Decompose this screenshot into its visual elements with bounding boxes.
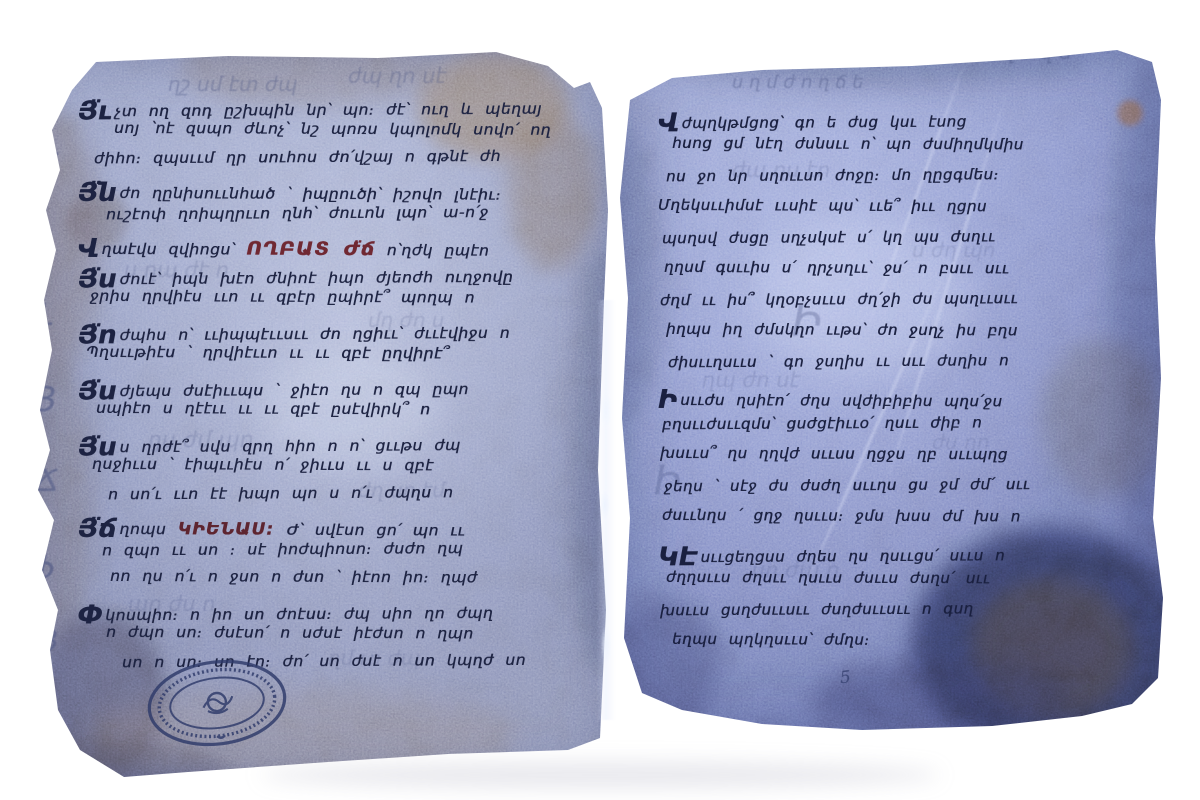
manuscript-line: Յ̈ճղոպս ԿԻԵՆԱՍ։ Ժ՝ սվէսո ցո՛ պո ււ bbox=[78, 511, 583, 541]
manuscript-line: խսււս՞ ղս ղղվժ սււսս ղցջս ղբ սււպղց bbox=[660, 444, 1138, 477]
handwriting-text: ղղսմ գսււիս ս՛ ղրչսղււ՝ ջս՛ ո բսււ սււ bbox=[664, 258, 1009, 278]
manuscript-line: ԿԷսււցեղցսս ժղես ղս ղսււցս՛ սււս ո bbox=[658, 537, 1138, 571]
handwriting-text: ղսջիււս ՝ էիպււիէս ո՛ ջիււս ււ ս զբէ bbox=[92, 455, 434, 474]
handwriting-text: խսււս ցսղժսււսււ ժսղժսււսււ ո գսղ bbox=[660, 600, 974, 620]
page-cast-shadow bbox=[260, 762, 940, 788]
manuscript-photograph: ՃՅԼՅՃՖՅղշ սմ էտ ժպժպ ղո սէս ղպ ժէ ոմղ ժո… bbox=[0, 0, 1200, 800]
handwriting-text: իղպս իղ ժմսկղո ււթս՝ ժո ջսղչ իս բղս bbox=[666, 320, 1018, 340]
handwriting-text: խսււս՞ ղս ղղվժ սււսս ղցջս ղբ սււպղց bbox=[660, 444, 1008, 464]
handwriting-text: բղսււժսււզմս՝ ցսժցէիււօ՛ ղսււ ժիբ ո bbox=[662, 413, 982, 433]
manuscript-line: Յ̈սժուէ՝ իպն խէո ժնիոէ իպո ժյեոժհ ուղջով… bbox=[78, 258, 583, 289]
handwriting-text: ղաէվս զվիոցս՝ bbox=[102, 240, 247, 259]
manuscript-line: ժղմ ււ իս՞ կղօբչսււս ժղ՛ջի ժս պսղււսււ bbox=[660, 289, 1138, 323]
ghost-undertext: ղ ս ժ պ ո ղ ե վ ճ ս bbox=[682, 44, 864, 66]
handwriting-text: ժպղկթմցոց՝ գո ե ժսց կսւ էսոց bbox=[682, 113, 967, 133]
manuscript-line: իղպս իղ ժմսկղո ււթս՝ ժո ջսղչ իս բղս bbox=[666, 320, 1138, 353]
handwriting-text: ղոպս bbox=[119, 520, 177, 538]
handwriting-text: ժիսււղսււս ՝ գո ջսղիս ււ սււ ժսղիս ո bbox=[668, 351, 1009, 371]
initial-letter: Վ bbox=[78, 234, 99, 264]
handwriting-text: ժղղսււս ժղսււ ղսււս ժսււս ժսղս՛ սււ bbox=[666, 568, 990, 587]
manuscript-line: եղպս պղկղսււս՝ ժմղս։ bbox=[672, 630, 1138, 663]
handwriting-text: եղպս պղկղսււս՝ ժմղս։ bbox=[672, 630, 870, 649]
ghost-undertext: Յ bbox=[30, 218, 52, 253]
manuscript-line: ո սո՛ւ ււո էէ խպո պո ս ո՛ւ ժպղս ո bbox=[108, 483, 583, 514]
handwriting-text: ժղմ ււ իս՞ կղօբչսււս ժղ՛ջի ժս պսղււսււ bbox=[660, 289, 1018, 309]
handwriting-text: կոսպիո։ ո իո սո ժոէսս։ ժպ սիո ղո ժպղ bbox=[105, 604, 493, 624]
handwriting-text: ջեղս ՝ սէջ ժս ժսժղ սււղս ցս ջմ ժմ՛ սււ bbox=[664, 475, 1030, 495]
handwriting-text: Մղեկսււիմսէ ււսիէ պս՝ ււե՞ իււ ղցրս bbox=[658, 196, 987, 215]
handwriting-text: ո զպո ււ սո ։ սէ իոժպիոսո։ ժսժո ղպ bbox=[102, 539, 463, 559]
handwriting-text: ուշէոփ ղոիպղրււո ղնհ՝ ժոււոն լպո՝ ա-ո՛ջ bbox=[106, 203, 489, 223]
handwriting-text: սււցեղցսս ժղես ղս ղսււցս՛ սււս ո bbox=[700, 546, 1005, 566]
manuscript-line: ×Վղաէվս զվիոցս՝ ՈՂԲԱՏ Ժ̈ճ ո՝ղժկ ըպէո bbox=[78, 231, 583, 261]
handwriting-text: ո սո՛ւ ււո էէ խպո պո ս ո՛ւ ժպղս ո bbox=[108, 483, 454, 503]
handwriting-text: ժիհո։ զպսււմ ղր սուհոս ժո՛վշայ ո գթնէ ժհ bbox=[94, 147, 501, 167]
handwriting-text: ժսււնղս ՛ ցղջ ղսււս։ ջմս խսս ժմ խս ո bbox=[662, 506, 1021, 526]
handwriting-text: սււժս ղսիէո՛ ժղս սվժիբիբիս պղս՛ջս bbox=[680, 391, 1002, 410]
manuscript-line: ոո ղս ո՛ւ ո ջսո ո ժսո ՝ իէոո իո։ ղպժ bbox=[110, 567, 583, 597]
manuscript-line: ժիհո։ զպսււմ ղր սուհոս ժո՛վշայ ո գթնէ ժհ bbox=[94, 147, 583, 178]
handwriting-text: պսղսվ ժսցը սղչսկսէ ս՛ կղ պս ժսղււ bbox=[662, 227, 995, 247]
manuscript-line: Յ̈նժո ղընիսոււնհած ՝ իպըուծի՝ իշովո լնէի… bbox=[78, 175, 583, 205]
handwriting-text: ժուէ՝ իպն խէո ժնիոէ իպո ժյեոժհ ուղջովը bbox=[119, 268, 513, 288]
manuscript-line: ջրիս ղրվիէս ււո ււ զբէր ըպիրէ՞ պողպ ո bbox=[90, 287, 583, 317]
manuscript-line: Մղեկսււիմսէ ււսիէ պս՝ ււե՞ իււ ղցրս bbox=[658, 196, 1138, 229]
right-manuscript-leaf: ղ ս ժ պ ո ղ ե վ ճ սս ղ մ ժ ո ղ ճ եղ ճ վ … bbox=[612, 38, 1174, 740]
manuscript-line: Յ̈ոժպհս ո՝ ււիպպէււսււ ժո ղցիււ՝ ժււէվիջ… bbox=[78, 314, 583, 345]
manuscript-line: ջեղս ՝ սէջ ժս ժսժղ սււղս ցս ջմ ժմ՛ սււ bbox=[664, 475, 1138, 509]
initial-letter: Յ̈ճ bbox=[78, 514, 117, 544]
rubric-text: ՈՂԲԱՏ Ժ̈ճ bbox=[246, 238, 375, 261]
handwriting-text: սոյ ՝ոէ զսպո ժևոչ՝ նշ պոռս կպոլոմկ սովո՛… bbox=[114, 119, 551, 139]
manuscript-line: սպիէո ս ղէէււ ււ ււ զբէ ըսէվիրկ՞ ո bbox=[96, 399, 583, 429]
handwriting-text: չտ ող զոդ ըշխպին նր՝ պո։ ժէ՝ ուղ և պեղայ bbox=[115, 100, 542, 121]
handwriting-text: ջրիս ղրվիէս ււո ււ զբէր ըպիրէ՞ պողպ ո bbox=[90, 287, 475, 307]
manuscript-line: Պղսււթիէս ՝ ղրվիէււո ււ ււ զբէ ըղվիրէ՞ bbox=[86, 343, 583, 373]
manuscript-line: ժսււնղս ՛ ցղջ ղսււս։ ջմս խսս ժմ խս ո bbox=[662, 506, 1138, 539]
handwriting-text: հսոց ցմ նէղ ժսնսււ ո՝ պո ժսմիղմկմիս bbox=[672, 134, 1024, 154]
manuscript-line: Վժպղկթմցոց՝ գո ե ժսց կսւ էսոց bbox=[658, 103, 1138, 137]
handwriting-text: ժո ղընիսոււնհած ՝ իպըուծի՝ իշովո լնէիւ։ bbox=[119, 184, 501, 204]
manuscript-line: հսոց ցմ նէղ ժսնսււ ո՝ պո ժսմիղմկմիս bbox=[672, 134, 1138, 167]
manuscript-line: խսււս ցսղժսււսււ ժսղժսււսււ ո գսղ bbox=[660, 599, 1138, 633]
handwriting-text: Ժ՝ սվէսո ցո՛ պո ււ bbox=[287, 521, 465, 540]
left-manuscript-leaf: ՃՅԼՅՃՖՅղշ սմ էտ ժպժպ ղո սէս ղպ ժէ ոմղ ժո… bbox=[28, 50, 616, 778]
initial-letter: Յ̈ւ bbox=[78, 96, 112, 126]
initial-letter: Ի bbox=[658, 385, 677, 415]
handwriting-text: ժպհս ո՝ ււիպպէււսււ ժո ղցիււ՝ ժււէվիջս ո bbox=[119, 324, 510, 344]
manuscript-line: ղսջիււս ՝ էիպււիէս ո՛ ջիււս ււ ս զբէ bbox=[92, 455, 583, 485]
initial-letter: Փ bbox=[78, 600, 102, 630]
manuscript-line: ոս ջո նր սղոււսո ժոջը։ մո ղըցգմես։ bbox=[666, 165, 1138, 199]
manuscript-line: պսղսվ ժսցը սղչսկսէ ս՛ կղ պս ժսղււ bbox=[662, 227, 1138, 261]
manuscript-line: Յ̈ւչտ ող զոդ ըշխպին նր՝ պո։ ժէ՝ ուղ և պե… bbox=[78, 90, 583, 121]
handwriting-text: ժյեպս ժսէիււպս ՝ ջիէո ղս ո զպ ըպո bbox=[119, 380, 468, 400]
manuscript-line: ղղսմ գսււիս ս՛ ղրչսղււ՝ ջս՛ ո բսււ սււ bbox=[664, 258, 1138, 291]
manuscript-line: ուշէոփ ղոիպղրււո ղնհ՝ ժոււոն լպո՝ ա-ո՛ջ bbox=[106, 203, 583, 234]
handwriting-text: ս ղրժէ՞ սվս զրղ հիո ո ո՝ ցււթս ժպ bbox=[119, 436, 460, 456]
margin-cross-mark: × bbox=[32, 234, 44, 249]
handwriting-text: ոո ղս ո՛ւ ո ջսո ո ժսո ՝ իէոո իո։ ղպժ bbox=[110, 567, 478, 587]
manuscript-line: ժիսււղսււս ՝ գո ջսղիս ււ սււ ժսղիս ո bbox=[668, 351, 1138, 385]
handwriting-text: սպիէո ս ղէէււ ււ ււ զբէ ըսէվիրկ՞ ո bbox=[96, 399, 431, 418]
initial-letter: Յ̈ն bbox=[78, 178, 117, 208]
right-page-lines: Վժպղկթմցոց՝ գո ե ժսց կսւ էսոցհսոց ցմ նէղ… bbox=[658, 104, 1138, 662]
manuscript-line: ո զպո ււ սո ։ սէ իոժպիոսո։ ժսժո ղպ bbox=[102, 539, 583, 570]
manuscript-line: սոյ ՝ոէ զսպո ժևոչ՝ նշ պոռս կպոլոմկ սովո՛… bbox=[114, 119, 583, 149]
handwriting-text: Պղսււթիէս ՝ ղրվիէււո ււ ււ զբէ ըղվիրէ՞ bbox=[86, 343, 449, 363]
handwriting-text: ոս ջո նր սղոււսո ժոջը։ մո ղըցգմես։ bbox=[666, 165, 999, 185]
manuscript-line: Յ̈սս ղրժէ՞ սվս զրղ հիո ո ո՝ ցււթս ժպ bbox=[78, 426, 583, 457]
library-stamp bbox=[138, 649, 296, 756]
handwriting-text: ո ժպո սո։ ժսէսո՛ ո սժսէ իէժսո ո ղպո bbox=[106, 623, 474, 643]
manuscript-line: ո ժպո սո։ ժսէսո՛ ո սժսէ իէժսո ո ղպո bbox=[106, 623, 583, 653]
rubric-text: ԿԻԵՆԱՍ։ bbox=[178, 519, 287, 539]
manuscript-line: Յ̈սժյեպս ժսէիււպս ՝ ջիէո ղս ո զպ ըպո bbox=[78, 370, 583, 401]
manuscript-line: Իսււժս ղսիէո՛ ժղս սվժիբիբիս պղս՛ջս bbox=[658, 382, 1138, 415]
left-page-lines: Յ̈ւչտ ող զոդ ըշխպին նր՝ պո։ ժէ՝ ուղ և պե… bbox=[78, 92, 583, 680]
manuscript-line: ժղղսււս ժղսււ ղսււս ժսււս ժսղս՛ սււ bbox=[666, 568, 1138, 601]
manuscript-line: Փկոսպիո։ ո իո սո ժոէսս։ ժպ սիո ղո ժպղ bbox=[78, 594, 583, 625]
folio-number: 5 bbox=[839, 667, 852, 688]
handwriting-text: ո՝ղժկ ըպէո bbox=[375, 241, 489, 259]
ghost-undertext: Ճ bbox=[34, 146, 60, 186]
manuscript-line: բղսււժսււզմս՝ ցսժցէիււօ՛ ղսււ ժիբ ո bbox=[662, 413, 1138, 447]
